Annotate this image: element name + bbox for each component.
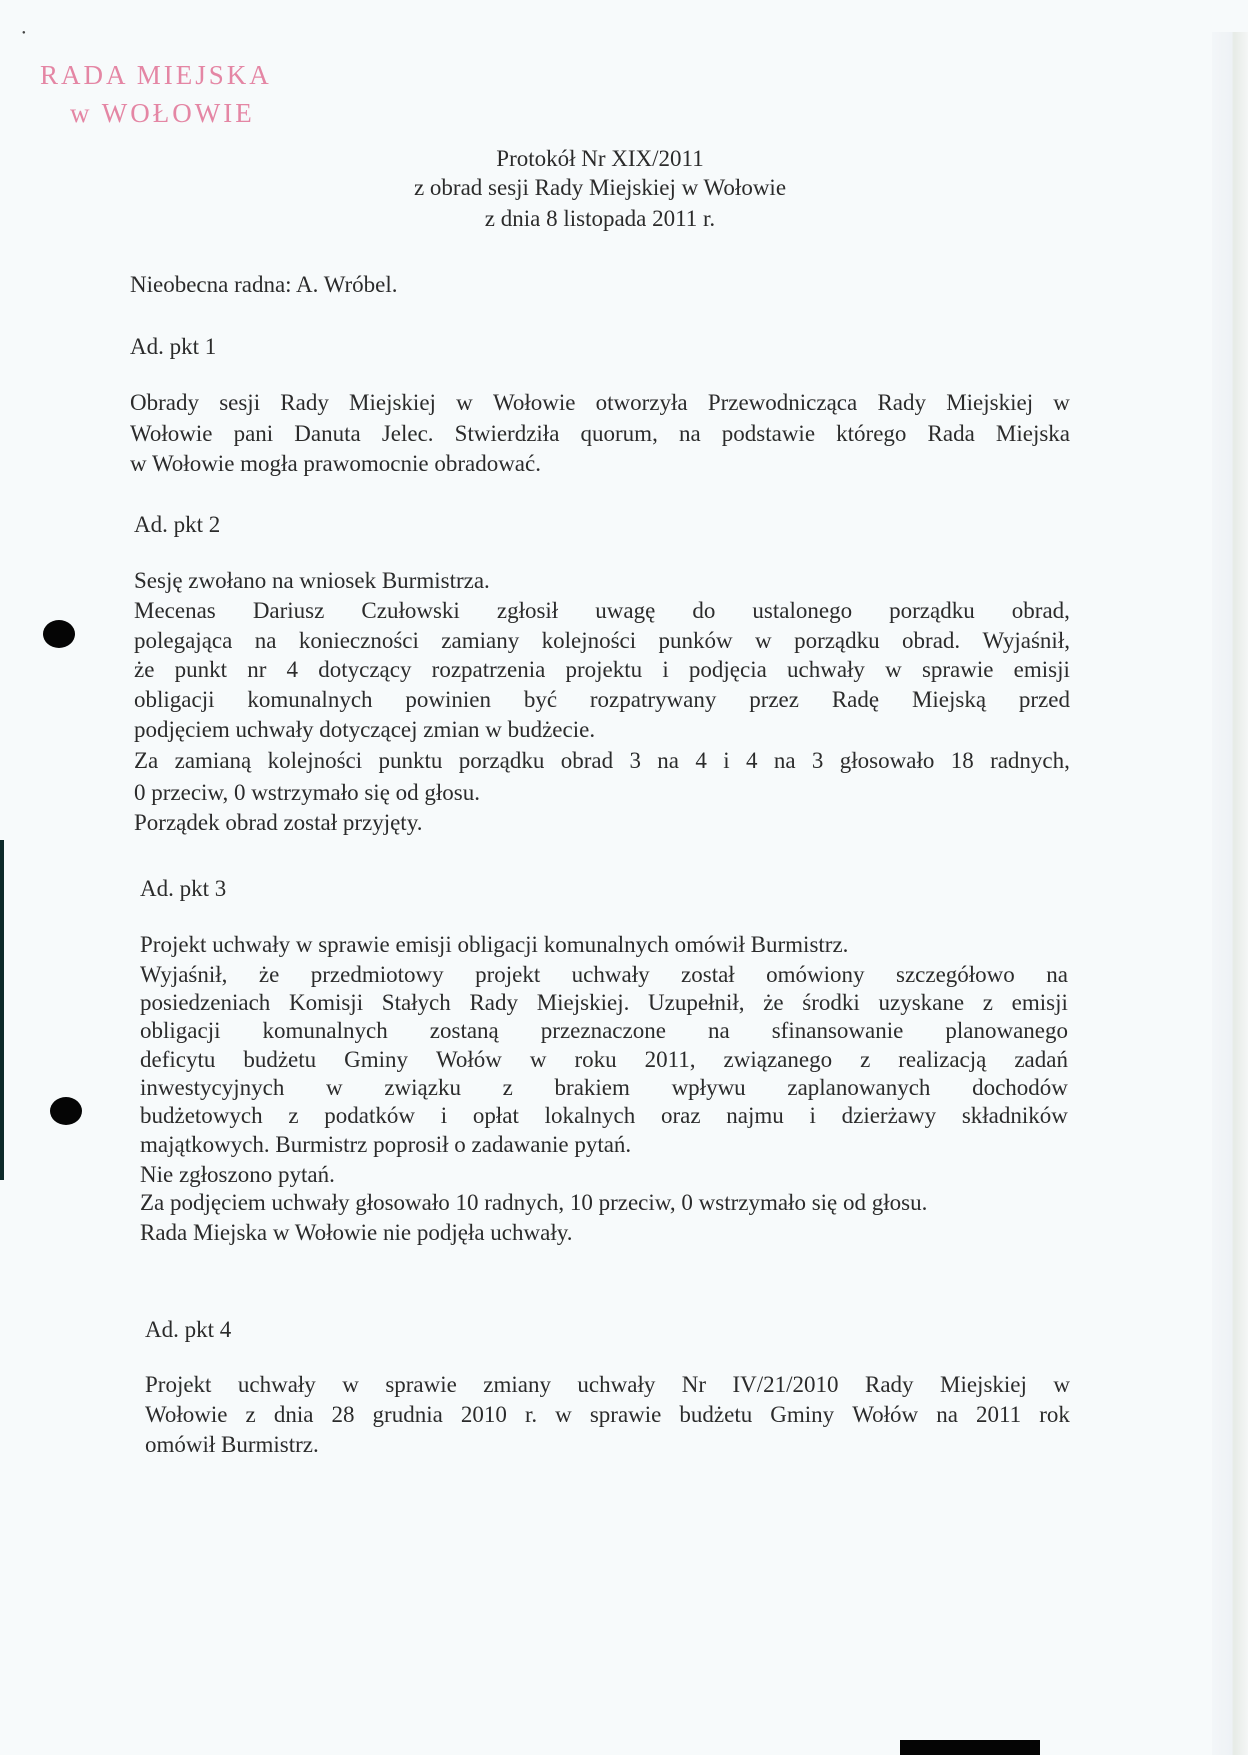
section-heading: Ad. pkt 3 — [140, 876, 226, 902]
paragraph-line: deficytubudżetuGminyWołówwroku2011,związ… — [140, 1047, 1068, 1073]
punch-hole-icon — [50, 1097, 82, 1125]
paragraph-line: ObradysesjiRadyMiejskiejwWołowieotworzył… — [130, 390, 1070, 416]
document-title: Protokół Nr XIX/2011 — [300, 143, 900, 175]
paragraph-line: w Wołowie mogła prawomocnie obradować. — [130, 451, 541, 477]
punch-hole-icon — [43, 620, 75, 648]
paragraph-line: Rada Miejska w Wołowie nie podjęła uchwa… — [140, 1220, 573, 1246]
paragraph-line: omówił Burmistrz. — [145, 1432, 319, 1458]
paragraph-line: majątkowych. Burmistrz poprosił o zadawa… — [140, 1132, 631, 1158]
paragraph-line: obligacjikomunalnychpowinienbyćrozpatryw… — [134, 687, 1070, 713]
paragraph-line: Za podjęciem uchwały głosowało 10 radnyc… — [140, 1190, 927, 1216]
section-heading: Ad. pkt 1 — [130, 334, 216, 360]
paragraph-line: budżetowychzpodatkówiopłatlokalnychorazn… — [140, 1103, 1068, 1129]
stamp-line-2: w WOŁOWIE — [70, 98, 255, 129]
scan-page-edge — [1212, 32, 1248, 1755]
paragraph-line: WołowiepaniDanutaJelec.Stwierdziłaquorum… — [130, 421, 1070, 447]
absent-note: Nieobecna radna: A. Wróbel. — [130, 272, 398, 298]
paragraph-line: Wyjaśnił,żeprzedmiotowyprojektuchwałyzos… — [140, 962, 1068, 988]
paragraph-line: ProjektuchwaływsprawiezmianyuchwałyNrIV/… — [145, 1372, 1070, 1398]
paragraph-line: Zazamianąkolejnościpunktuporządkuobrad3n… — [134, 748, 1070, 774]
stamp-line-1: RADA MIEJSKA — [40, 60, 272, 91]
paragraph-line: MecenasDariuszCzułowskizgłosiłuwagędoust… — [134, 598, 1070, 624]
paragraph-line: polegającanakoniecznościzamianykolejnośc… — [134, 628, 1070, 654]
paragraph-line: Porządek obrad został przyjęty. — [134, 810, 422, 836]
paragraph-line: żepunktnr4dotyczącyrozpatrzeniaprojektui… — [134, 657, 1070, 683]
section-heading: Ad. pkt 4 — [145, 1317, 231, 1343]
scan-border-artifact — [0, 840, 4, 1180]
paragraph-line: podjęciem uchwały dotyczącej zmian w bud… — [134, 717, 595, 743]
paragraph-line: posiedzeniachKomisjiStałychRadyMiejskiej… — [140, 990, 1068, 1016]
paragraph-line: 0 przeciw, 0 wstrzymało się od głosu. — [134, 780, 480, 806]
scan-speck: ● — [22, 30, 26, 36]
paragraph-line: Wołowiezdnia28grudnia2010r.wsprawiebudże… — [145, 1402, 1070, 1428]
document-date: z dnia 8 listopada 2011 r. — [300, 203, 900, 235]
paragraph-line: Nie zgłoszono pytań. — [140, 1162, 335, 1188]
section-heading: Ad. pkt 2 — [134, 512, 220, 538]
paragraph-line: Sesję zwołano na wniosek Burmistrza. — [134, 568, 490, 594]
paragraph-line: obligacjikomunalnychzostanąprzeznaczonen… — [140, 1018, 1068, 1044]
paragraph-line: Projekt uchwały w sprawie emisji obligac… — [140, 932, 848, 958]
document-subtitle: z obrad sesji Rady Miejskiej w Wołowie — [300, 172, 900, 204]
scan-border-artifact — [900, 1740, 1040, 1755]
paragraph-line: inwestycyjnychwzwiązkuzbrakiemwpływuzapl… — [140, 1075, 1068, 1101]
